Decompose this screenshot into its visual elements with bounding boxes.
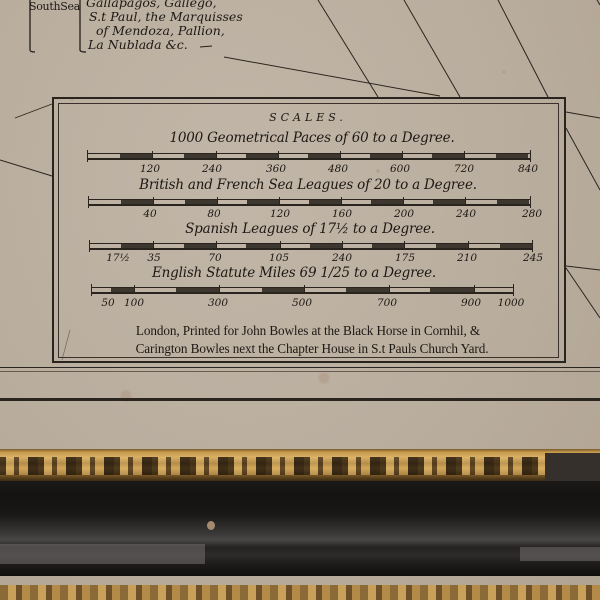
tick-label: 17½ <box>106 252 130 264</box>
scale-bar-statute-miles <box>92 287 513 294</box>
scale-label-spanish-leagues: Spanish Leagues of 17½ to a Degree. <box>10 221 600 237</box>
frame-worn-area <box>520 547 600 561</box>
tick-label: 720 <box>454 163 474 175</box>
tick-label: 245 <box>523 252 543 264</box>
tick-label: 360 <box>266 163 286 175</box>
tick-label: 120 <box>140 163 160 175</box>
islands-note-line: La Nublada &c. <box>86 38 243 52</box>
scale-bar-spanish-leagues <box>90 243 532 250</box>
publisher-imprint-line-2: Carington Bowles next the Chapter House … <box>12 341 600 357</box>
tick-label: 200 <box>394 208 414 220</box>
tick-label: 175 <box>395 252 415 264</box>
tick-label: 70 <box>208 252 221 264</box>
tick-label: 210 <box>457 252 477 264</box>
map-border-rule <box>0 367 600 368</box>
tick-label: 50 <box>101 297 114 309</box>
scale-label-geometrical-paces: 1000 Geometrical Paces of 60 to a Degree… <box>12 130 600 146</box>
scale-label-statute-miles: English Statute Miles 69 1/25 to a Degre… <box>0 265 594 281</box>
scales-heading: SCALES. <box>8 111 600 124</box>
tick-label: 240 <box>332 252 352 264</box>
tick-label: 160 <box>332 208 352 220</box>
scale-bar-sea-leagues <box>89 199 530 206</box>
frame-bead-ornament <box>0 457 545 475</box>
frame-ebonised-moulding <box>0 481 600 576</box>
islands-note: Gallapagos, Gallego, S.t Paul, the Marqu… <box>86 0 243 52</box>
tick-label: 105 <box>269 252 289 264</box>
tick-label: 80 <box>207 208 220 220</box>
frame-gilt-outer-edge <box>0 585 600 600</box>
publisher-imprint-line-1: London, Printed for John Bowles at the B… <box>8 323 600 339</box>
frame-worn-patch <box>545 453 600 481</box>
tick-label: 700 <box>377 297 397 309</box>
map-border-rule <box>0 371 600 372</box>
tick-label: 280 <box>522 208 542 220</box>
map-outer-border-rule <box>0 398 600 401</box>
tick-label: 40 <box>143 208 156 220</box>
tick-label: 35 <box>147 252 160 264</box>
tick-label: 840 <box>518 163 538 175</box>
tick-label: 1000 <box>498 297 525 309</box>
tick-label: 100 <box>124 297 144 309</box>
framed-antique-map: SouthSea Gallapagos, Gallego, S.t Paul, … <box>0 0 600 600</box>
tick-label: 600 <box>390 163 410 175</box>
tick-label: 480 <box>328 163 348 175</box>
frame-chip <box>207 521 215 530</box>
islands-note-line: S.t Paul, the Marquisses <box>86 10 243 24</box>
tick-label: 120 <box>270 208 290 220</box>
frame-gilt-moulding <box>0 449 600 481</box>
scale-bar-geometrical-paces <box>88 153 530 160</box>
islands-note-line: of Mendoza, Pallion, <box>86 24 243 38</box>
tick-label: 300 <box>208 297 228 309</box>
south-sea-label: SouthSea <box>29 0 80 13</box>
scale-label-sea-leagues: British and French Sea Leagues of 20 to … <box>8 177 600 193</box>
tick-label: 500 <box>292 297 312 309</box>
tick-label: 240 <box>202 163 222 175</box>
tick-label: 900 <box>461 297 481 309</box>
tick-label: 240 <box>456 208 476 220</box>
frame-worn-area <box>0 544 205 564</box>
